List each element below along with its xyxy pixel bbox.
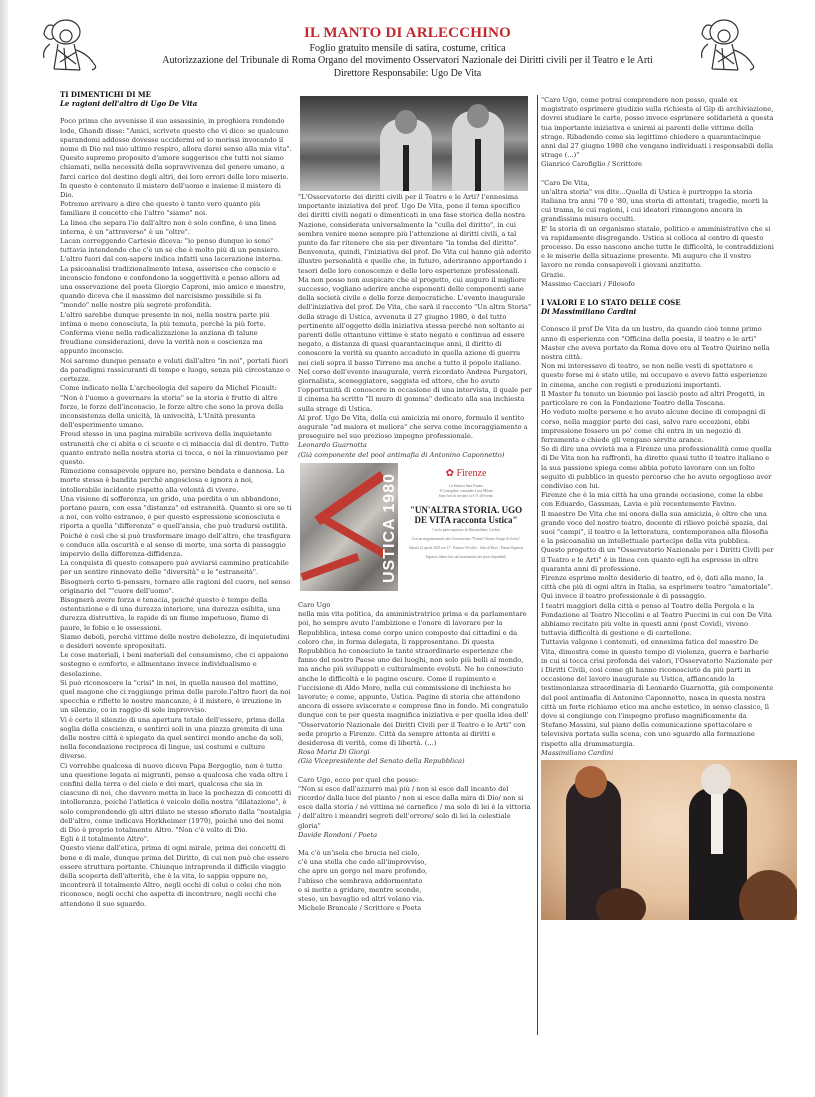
paragraph: "Caro Ugo, come potrai comprendere non p… — [541, 96, 774, 160]
paragraph: E' la storia di un organismo statale, po… — [541, 225, 774, 271]
stage-photo — [541, 760, 797, 920]
paragraph: Ma non posso non auspicare che al proget… — [298, 276, 532, 368]
paragraph: Al prof. Ugo De Vita, della cui amicizia… — [298, 414, 532, 442]
paragraph: Firenze che è la mia città ha una grande… — [541, 491, 774, 509]
figure-head — [575, 766, 607, 798]
figure-tie — [403, 145, 409, 191]
paragraph: Ci vorrebbe qualcosa di nuovo diceva Pap… — [60, 762, 292, 836]
figure-shirt — [711, 794, 723, 854]
letter-greeting: "Caro De Vita, — [541, 179, 774, 188]
paragraph: Tuttavia valgono i contenuti, ed ennesim… — [541, 638, 774, 748]
paragraph: Vi è certo il silenzio di una apertura t… — [60, 716, 292, 762]
figure-tie — [475, 139, 481, 191]
paragraph: Come indicato nella L'archeologia del sa… — [60, 384, 292, 430]
article-column-3: "Caro Ugo, come potrai comprendere non p… — [541, 96, 774, 920]
paragraph: Egli è il totalmente Altro". — [60, 835, 292, 844]
paragraph: La conquista di questo consapere può avv… — [60, 559, 292, 577]
invite-line: Con la partecipazione di Massimiliano Ca… — [406, 528, 526, 533]
signature-role: (Già Vicepresidente del Senato della Rep… — [298, 757, 532, 766]
florence-lily-logo: ✿ Firenze — [406, 469, 526, 478]
paragraph: Non mi interessavo di teatro, se non nel… — [541, 362, 774, 390]
paragraph: Potremo arrivare a dire che questo è tan… — [60, 200, 292, 218]
paragraph: Lacan correggendo Cartesio diceva: "io p… — [60, 237, 292, 255]
article-heading: TI DIMENTICHI DI ME — [60, 90, 292, 99]
red-stripe — [300, 553, 359, 581]
poem-line: Ma c'è un'isola che brucia nel cielo, — [298, 849, 532, 858]
paragraph: Il Master fu tenuto un biennio poi lasci… — [541, 390, 774, 408]
harlequin-illustration-left-icon — [36, 14, 106, 82]
invitation-card: ✿ Firenze La Sindaca Sara Funaro Il Cons… — [406, 463, 526, 591]
paragraph: Si può riconoscere la "crisi" in noi, in… — [60, 679, 292, 716]
paragraph: Bisognerà certo ti-pensare, tornare alle… — [60, 578, 292, 596]
paragraph: Le cose materiali, i beni materiali del … — [60, 651, 292, 679]
paragraph: Freud stesso in una pagina mirabile scri… — [60, 430, 292, 467]
signature-name: Leonardo Guarnotta — [298, 441, 532, 450]
paragraph: un'altra storia" voi dite...Quella di Us… — [541, 188, 774, 225]
wreckage-image: USTICA 1980 — [300, 463, 398, 591]
signature-name: Massimiliano Cardini — [541, 749, 774, 758]
paragraph: Bisognerà avere forza e tenacia, poiché … — [60, 596, 292, 633]
poem-line: c'è una stella che cade all'improvviso, — [298, 858, 532, 867]
paragraph: Poco prima che avvenisse il suo assassin… — [60, 117, 292, 154]
paragraph: Benvenuta, quindi, l'iniziativa del prof… — [298, 248, 532, 276]
poem-line: l'abisso che sembrava addormentato — [298, 877, 532, 886]
paragraph: nella mia vita politica, da amministratr… — [298, 610, 532, 748]
masthead-tagline: Foglio gratuito mensile di satira, costu… — [100, 43, 715, 56]
masthead-director: Direttore Responsabile: Ugo De Vita — [100, 68, 715, 81]
poem-line: e si mette a gridare, mentre scende, — [298, 886, 532, 895]
article-byline: Le ragioni dell'altro di Ugo De Vita — [60, 99, 292, 108]
paragraph: Nel corso dell'evento inaugurale, verrà … — [298, 368, 532, 414]
paragraph: Qui invece il teatro professionale è di … — [541, 592, 774, 601]
article-heading: I VALORI E LO STATO DELLE COSE — [541, 298, 774, 307]
signature-name: Rosa Maria Di Giorgi — [298, 748, 532, 757]
event-poster: USTICA 1980 ✿ Firenze La Sindaca Sara Fu… — [300, 463, 532, 591]
poem-line: che apre un gorgo nel mare profondo, — [298, 867, 532, 876]
article-column-1: TI DIMENTICHI DI ME Le ragioni dell'altr… — [60, 90, 292, 909]
invite-line: Sono lieti di invitare la S.V. all'event… — [406, 494, 526, 499]
event-title: "UN'ALTRA STORIA. UGO DE VITA racconta U… — [406, 505, 526, 525]
paragraph: Una visione di sofferenza, un grido, una… — [60, 495, 292, 559]
paragraph: Il maestro De Vita che mi onora della su… — [541, 510, 774, 574]
paragraph: Rimozione consapevole oppure no, persino… — [60, 467, 292, 495]
page-edge-shadow — [0, 0, 8, 1097]
paragraph: "Non si esce dall'azzurro mai più / non … — [298, 785, 532, 831]
audience-head — [739, 870, 797, 920]
signature: Gianrico Carofiglio / Scrittore — [541, 160, 774, 169]
signature-role: (Già componente del pool antimafia di An… — [298, 451, 532, 460]
paragraph: Questo supremo proposito d'amore suggeri… — [60, 154, 292, 200]
paragraph: La linea che separa l'io dall'altro non … — [60, 219, 292, 237]
paragraph: Questo viene dall'etica, prima di ogni m… — [60, 844, 292, 908]
figure-head — [395, 110, 417, 134]
paragraph: Siamo deboli, perché vittime delle nostr… — [60, 633, 292, 651]
paragraph: Noi saremo dunque pensato e voluti dall'… — [60, 357, 292, 385]
invite-line: Sabato 22 aprile 2025 ore 17 · Palazzo V… — [406, 546, 526, 551]
signature: Massimo Cacciari / Filosofo — [541, 280, 774, 289]
paragraph: Firenze esprime molto desiderio di teatr… — [541, 574, 774, 592]
figure-head — [701, 764, 731, 796]
figure-head — [467, 104, 489, 128]
article-byline: Di Massimiliano Cardini — [541, 307, 774, 316]
paragraph: L'altro fuori dal con-sapere indica infa… — [60, 255, 292, 264]
newspaper-title: IL MANTO DI ARLECCHINO — [100, 24, 715, 43]
masthead: IL MANTO DI ARLECCHINO Foglio gratuito m… — [100, 24, 715, 80]
paragraph: So di dire una ovvietà ma a Firenze una … — [541, 445, 774, 491]
article-column-2: "L'Osservatorio dei diritti civili per i… — [298, 96, 532, 913]
letter-greeting: Caro Ugo — [298, 601, 532, 610]
poem-signature: Michele Brancale / Scrittore e Poeta — [298, 904, 532, 913]
column-divider — [537, 95, 538, 1035]
paragraph: La psicoanalisi tradizionalmente intesa,… — [60, 265, 292, 311]
masthead-authorization: Autorizzazione del Tribunale di Roma Org… — [100, 55, 715, 68]
audience-head — [596, 888, 646, 920]
paragraph: L'altro sarebbe dunque presente in noi, … — [60, 311, 292, 357]
paragraph: I teatri maggiori della città e penso al… — [541, 602, 774, 639]
poster-side-text: USTICA 1980 — [385, 473, 394, 583]
paragraph: Conosco il prof De Vita da un lustro, da… — [541, 325, 774, 362]
paragraph: "L'Osservatorio dei diritti civili per i… — [298, 193, 532, 248]
red-stripe — [323, 516, 388, 558]
invite-line: Con un ringraziamento alla Associazione … — [406, 537, 526, 542]
letter-greeting: Caro Ugo, ecco per quel che posso: — [298, 776, 532, 785]
invite-line: Ingresso libero fino ad esaurimento dei … — [406, 555, 526, 560]
paragraph: Grazie. — [541, 271, 774, 280]
historical-photo — [300, 96, 528, 191]
poem-line: steso, un bavaglio ed altri volano via. — [298, 895, 532, 904]
signature-name: Davide Rondoni / Poeta — [298, 831, 532, 840]
paragraph: Ho veduto molte persone e ho avuto alcun… — [541, 408, 774, 445]
